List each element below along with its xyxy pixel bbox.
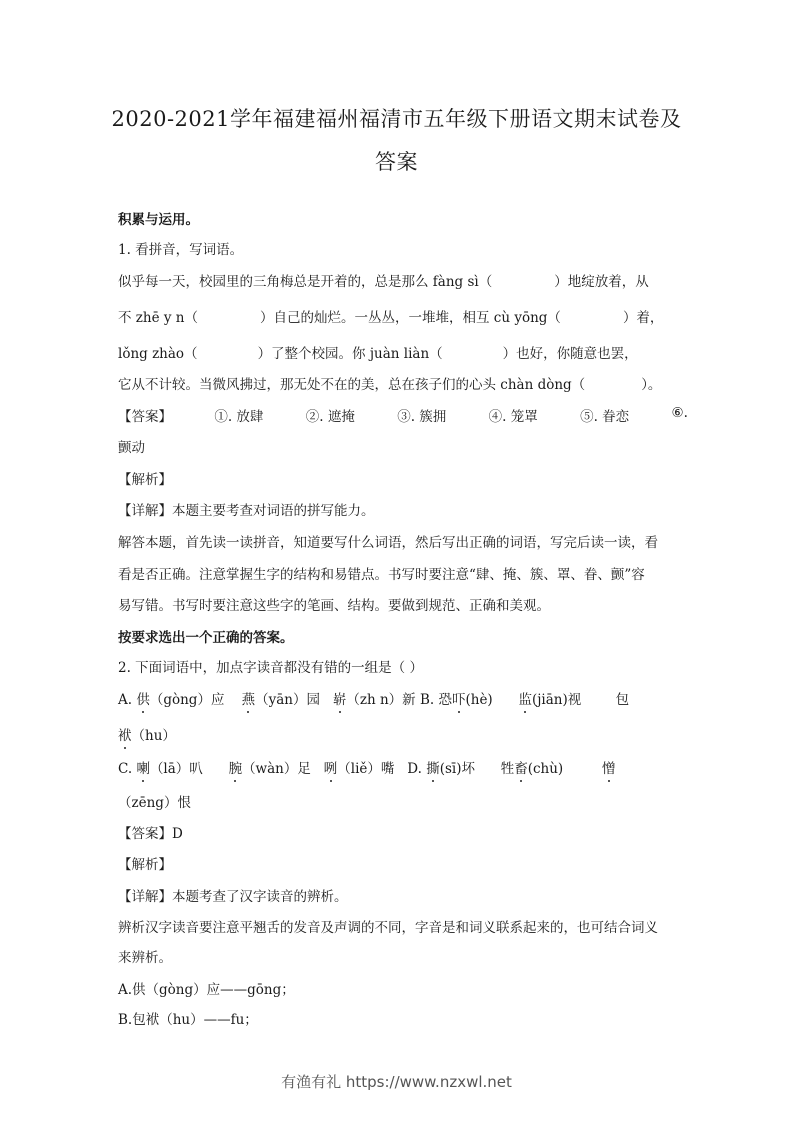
explain-line: 解答本题，首先读一读拼音，知道要写什么词语，然后写出正确的词语，写完后读一读，看 bbox=[118, 531, 688, 551]
option-line-wrap: （zēng）恨 bbox=[118, 791, 688, 811]
passage-text: ）地绽放着，从 bbox=[554, 274, 649, 290]
analysis-label: 【解析】 bbox=[118, 853, 688, 873]
option-word: (sī)坏 bbox=[440, 761, 475, 777]
passage-text: ）着， bbox=[623, 310, 664, 326]
dotted-char: 腕 bbox=[229, 757, 243, 777]
answer-label: 【答案】 bbox=[118, 405, 172, 425]
dotted-char: 袱 bbox=[118, 724, 132, 744]
passage-line: lǒng zhào（）了整个校园。你 juàn liàn（）也好，你随意也罢， bbox=[118, 342, 688, 362]
option-word: （zh n）新 bbox=[346, 692, 415, 708]
answer-text: 【答案】D bbox=[118, 822, 688, 842]
passage-line: 似乎每一天，校园里的三角梅总是开着的，总是那么 fàng sì（）地绽放着，从 bbox=[118, 270, 688, 290]
option-word: （gòng）应 bbox=[150, 692, 225, 708]
option-word: (jiān)视 bbox=[532, 692, 581, 708]
dotted-char: 监 bbox=[518, 688, 532, 708]
explain-line: 来辨析。 bbox=[118, 946, 688, 966]
section-heading: 按要求选出一个正确的答案。 bbox=[118, 626, 688, 646]
document-title-cont: 答案 bbox=[0, 146, 793, 176]
option-label: C. bbox=[118, 761, 132, 777]
option-word: （lā）叭 bbox=[150, 761, 203, 777]
explain-line: 辨析汉字读音要注意平翘舌的发音及声调的不同，字音是和词义联系起来的，也可结合词义 bbox=[118, 916, 688, 936]
question-prompt: 1. 看拼音，写词语。 bbox=[118, 238, 688, 258]
passage-text: lǒng zhào（ bbox=[118, 346, 198, 362]
passage-text: 它从不计较。当微风拂过，那无处不在的美，总在孩子们的心头 chàn dòng（ bbox=[118, 377, 585, 393]
option-line: A. 供（gòng）应 燕（yān）园 崭（zh n）新 B. 恐吓(hè) 监… bbox=[118, 688, 688, 708]
option-b: B. 恐吓(hè) 监(jiān)视 包 bbox=[420, 692, 629, 708]
option-word: （liě）嘴 bbox=[337, 761, 394, 777]
analysis-label: 【解析】 bbox=[118, 468, 688, 488]
detail-text: 【详解】本题考查了汉字读音的辨析。 bbox=[118, 885, 688, 905]
dotted-char: 畜 bbox=[514, 757, 528, 777]
passage-text: ）。 bbox=[641, 377, 661, 393]
answer-item: ④. 笼罩 bbox=[489, 405, 538, 425]
dotted-char: 撕 bbox=[426, 757, 440, 777]
explain-line: 看是否正确。注意掌握生字的结构和易错点。书写时要注意“肆、掩、簇、罩、眷、颤”容 bbox=[118, 563, 688, 583]
answer-row: 【答案】 ①. 放肆 ②. 遮掩 ③. 簇拥 ④. 笼罩 ⑤. 眷恋 ⑥. bbox=[118, 405, 688, 425]
option-word: (hè) bbox=[465, 692, 492, 708]
dotted-char: 供 bbox=[136, 688, 150, 708]
option-d: D. 撕(sī)坏 牲畜(chù) 憎 bbox=[407, 761, 615, 777]
document-title: 2020-2021学年福建福州福清市五年级下册语文期末试卷及 bbox=[0, 103, 793, 133]
dotted-char: 崭 bbox=[333, 688, 347, 708]
option-c: C. 喇（lā）叭 腕（wàn）足 咧（liě）嘴 bbox=[118, 761, 407, 777]
option-label: D. bbox=[407, 761, 422, 777]
section-heading: 积累与运用。 bbox=[118, 208, 688, 228]
explain-line: 易写错。书写时要注意这些字的笔画、结构。要做到规范、正确和美观。 bbox=[118, 594, 688, 614]
passage-text: 似乎每一天，校园里的三角梅总是开着的，总是那么 fàng sì（ bbox=[118, 274, 492, 290]
passage-line: 它从不计较。当微风拂过，那无处不在的美，总在孩子们的心头 chàn dòng（）… bbox=[118, 373, 688, 393]
detail-text: 【详解】本题主要考查对词语的拼写能力。 bbox=[118, 499, 688, 519]
passage-text: ）了整个校园。你 juàn liàn（ bbox=[258, 346, 443, 362]
option-word: （hu） bbox=[132, 728, 176, 744]
option-word: 牲 bbox=[501, 761, 515, 777]
question-prompt: 2. 下面词语中，加点字读音都没有错的一组是（ ） bbox=[118, 656, 688, 676]
option-line-wrap: 袱（hu） bbox=[118, 724, 688, 744]
answer-item: ①. 放肆 bbox=[214, 405, 263, 425]
option-word: 恐 bbox=[438, 692, 452, 708]
fix-line: B.包袱（hu）——fu； bbox=[118, 1008, 688, 1028]
answer-item: ②. 遮掩 bbox=[306, 405, 355, 425]
dotted-char: 燕 bbox=[242, 688, 256, 708]
passage-text: 不 zhē y n（ bbox=[118, 310, 198, 326]
option-word: (chù) bbox=[528, 761, 563, 777]
dotted-char: 喇 bbox=[136, 757, 150, 777]
dotted-char: 吓 bbox=[452, 688, 466, 708]
option-word: 包 bbox=[616, 692, 630, 708]
answer-item: ③. 簇拥 bbox=[397, 405, 446, 425]
option-label: A. bbox=[118, 692, 132, 708]
passage-line: 不 zhē y n（）自己的灿烂。一丛丛，一堆堆，相互 cù yōng（）着， bbox=[118, 306, 688, 326]
answer-item: ⑥. bbox=[672, 405, 688, 425]
answer-wrap: 颤动 bbox=[118, 436, 688, 456]
fix-line: A.供（gòng）应——gōng； bbox=[118, 978, 688, 998]
watermark-link[interactable]: 有渔有礼 https://www.nzxwl.net bbox=[0, 1071, 793, 1092]
option-label: B. bbox=[420, 692, 434, 708]
dotted-char: 咧 bbox=[324, 757, 338, 777]
option-word: （yān）园 bbox=[255, 692, 320, 708]
option-line: C. 喇（lā）叭 腕（wàn）足 咧（liě）嘴 D. 撕(sī)坏 牲畜(c… bbox=[118, 757, 688, 777]
answer-item: ⑤. 眷恋 bbox=[580, 405, 629, 425]
option-a: A. 供（gòng）应 燕（yān）园 崭（zh n）新 bbox=[118, 692, 420, 708]
dotted-char: 憎 bbox=[602, 757, 616, 777]
passage-text: ）也好，你随意也罢， bbox=[503, 346, 638, 362]
option-word: （wàn）足 bbox=[242, 761, 311, 777]
passage-text: ）自己的灿烂。一丛丛，一堆堆，相互 cù yōng（ bbox=[260, 310, 561, 326]
